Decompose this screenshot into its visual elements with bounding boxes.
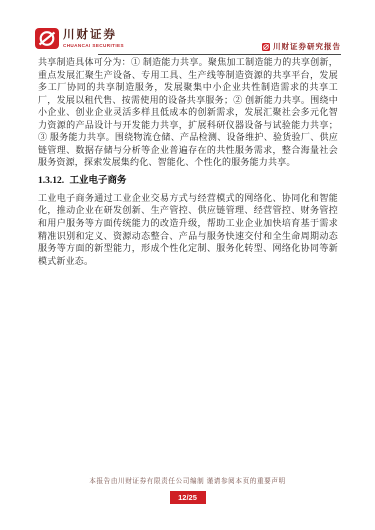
brand-name-cn: 川财证券 [63,30,124,42]
chuancai-logo-icon [35,28,59,49]
document-body: 共享制造具体可分为：① 制造能力共享。聚焦加工制造能力的共享创新，重点发展汇聚生… [38,56,338,267]
report-tag-label: 川财证券研究报告 [273,41,341,52]
page-footer: 本报告由川财证券有限责任公司编制 谨请参阅本页的重要声明 12/25 [0,477,375,504]
report-tag: 川财证券研究报告 [262,41,341,52]
section-heading-number: 1.3.12. [38,176,64,186]
page-number-badge: 12/25 [170,491,206,504]
paragraph-shared-manufacturing: 共享制造具体可分为：① 制造能力共享。聚焦加工制造能力的共享创新，重点发展汇聚生… [38,56,338,169]
report-tag-icon [262,43,270,51]
section-heading-title: 工业电子商务 [70,176,127,186]
brand-name-en: CHUANCAI SECURITIES [63,44,124,49]
report-page: 川财证券 CHUANCAI SECURITIES 川财证券研究报告 共享制造具体… [0,0,375,530]
section-heading: 1.3.12. 工业电子商务 [38,175,338,187]
footer-disclaimer: 本报告由川财证券有限责任公司编制 谨请参阅本页的重要声明 [0,477,375,487]
brand: 川财证券 CHUANCAI SECURITIES [35,28,124,49]
header-divider [98,54,341,55]
page-header: 川财证券 CHUANCAI SECURITIES 川财证券研究报告 [35,28,341,54]
paragraph-industrial-ecommerce: 工业电子商务通过工业企业交易方式与经营模式的网络化、协同化和智能化，推动企业在研… [38,192,338,267]
brand-text: 川财证券 CHUANCAI SECURITIES [63,28,124,49]
